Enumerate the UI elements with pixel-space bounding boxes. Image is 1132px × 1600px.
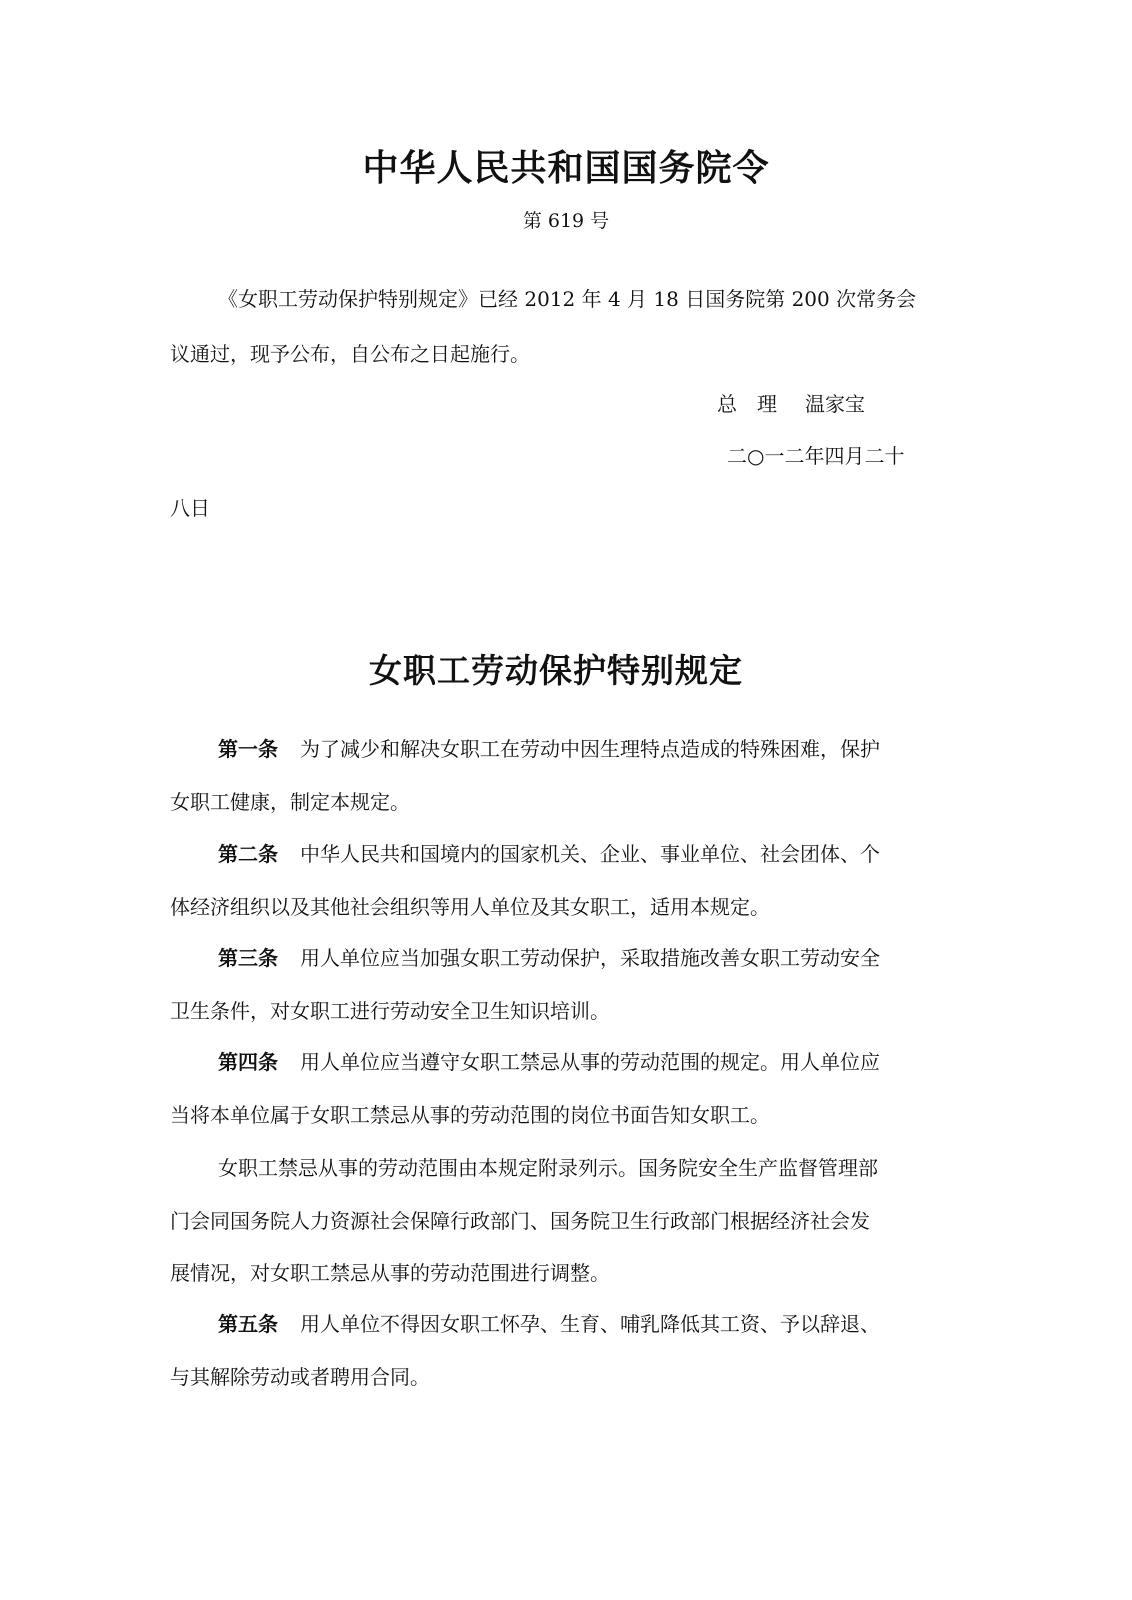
article-4-para2-line-2: 门会同国务院人力资源社会保障行政部门、国务院卫生行政部门根据经济社会发 [170,1207,950,1235]
article-label: 第一条 [218,737,278,761]
article-1-line-1: 第一条为了减少和解决女职工在劳动中因生理特点造成的特殊困难，保护 [218,735,998,763]
regulation-title: 女职工劳动保护特别规定 [0,645,1112,692]
article-1-line-2: 女职工健康，制定本规定。 [170,788,950,816]
article-2-line-2: 体经济组织以及其他社会组织等用人单位及其女职工，适用本规定。 [170,893,950,921]
signatory-name: 温家宝 [805,392,865,416]
article-5-line-2: 与其解除劳动或者聘用合同。 [170,1363,950,1391]
article-3-line-1: 第三条用人单位应当加强女职工劳动保护，采取措施改善女职工劳动安全 [218,944,998,972]
decree-title: 中华人民共和国国务院令 [0,140,1132,191]
article-label: 第二条 [218,842,278,866]
article-4-para2-line-1: 女职工禁忌从事的劳动范围由本规定附录列示。国务院安全生产监督管理部 [218,1154,998,1182]
article-4-line-1: 第四条用人单位应当遵守女职工禁忌从事的劳动范围的规定。用人单位应 [218,1048,998,1076]
signature-block: 总 理温家宝 [717,390,865,418]
article-label: 第三条 [218,946,278,970]
signatory-title: 总 理 [717,392,777,416]
decree-date-line-2: 八日 [170,494,950,522]
article-3-line-2: 卫生条件，对女职工进行劳动安全卫生知识培训。 [170,997,950,1025]
article-label: 第五条 [218,1312,278,1336]
decree-date-line-1: 二○一二年四月二十 [727,442,904,470]
article-4-para2-line-3: 展情况，对女职工禁忌从事的劳动范围进行调整。 [170,1259,950,1287]
document-page: 中华人民共和国国务院令 第 619 号 《女职工劳动保护特别规定》已经 2012… [0,0,1132,1600]
decree-preamble-line-1: 《女职工劳动保护特别规定》已经 2012 年 4 月 18 日国务院第 200 … [218,285,998,313]
article-2-line-1: 第二条中华人民共和国境内的国家机关、企业、事业单位、社会团体、个 [218,840,998,868]
decree-preamble-line-2: 议通过，现予公布，自公布之日起施行。 [170,340,950,368]
decree-number: 第 619 号 [0,206,1132,233]
article-4-line-2: 当将本单位属于女职工禁忌从事的劳动范围的岗位书面告知女职工。 [170,1101,950,1129]
article-5-line-1: 第五条用人单位不得因女职工怀孕、生育、哺乳降低其工资、予以辞退、 [218,1310,998,1338]
article-label: 第四条 [218,1050,278,1074]
